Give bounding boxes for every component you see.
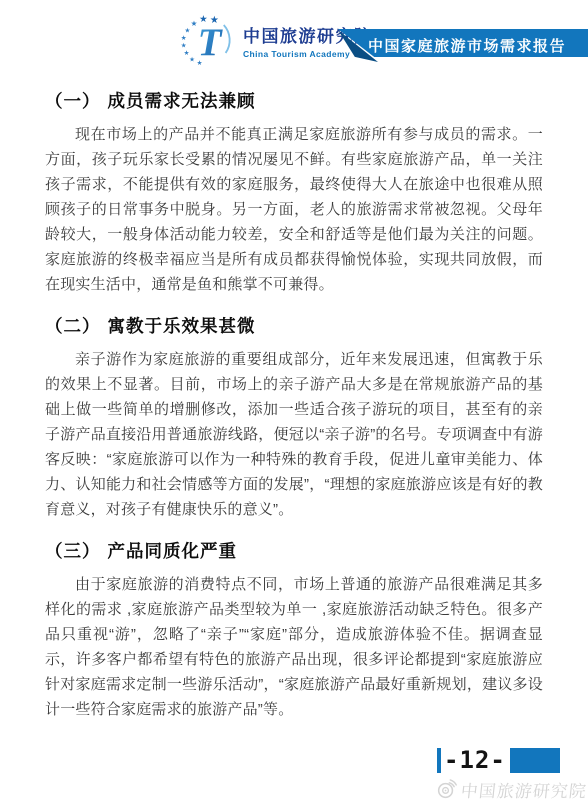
section-2-number: （二） xyxy=(45,316,101,336)
section-3-number: （三） xyxy=(45,541,101,561)
svg-text:★: ★ xyxy=(185,26,191,34)
section-3-body: 由于家庭旅游的消费特点不同，市场上普通的旅游产品很难满足其多样化的需求 ,家庭旅… xyxy=(45,572,543,722)
section-1-heading: （一）成员需求无法兼顾 xyxy=(45,90,543,112)
section-2-title: 寓教于乐效果甚微 xyxy=(108,316,256,336)
section-3: （三）产品同质化严重 由于家庭旅游的消费特点不同，市场上普通的旅游产品很难满足其… xyxy=(45,540,543,722)
section-2-body: 亲子游作为家庭旅游的重要组成部分，近年来发展迅速，但寓教于乐的效果上不显著。目前… xyxy=(45,347,543,522)
report-page: ★ ★ ★ ★ ★ ★ ★ ★ ★ T 中国旅游研究院 China Touris… xyxy=(0,0,588,804)
weibo-watermark: 中国旅游研究院 xyxy=(436,777,587,802)
section-1-body: 现在市场上的产品并不能真正满足家庭旅游所有参与成员的需求。一方面，孩子玩乐家长受… xyxy=(45,122,543,297)
weibo-icon xyxy=(436,779,457,800)
section-3-title: 产品同质化严重 xyxy=(108,541,238,561)
page-content: （一）成员需求无法兼顾 现在市场上的产品并不能真正满足家庭旅游所有参与成员的需求… xyxy=(45,90,543,722)
svg-text:★: ★ xyxy=(181,41,187,49)
page-number: -12- xyxy=(444,748,506,773)
logo-letter: T xyxy=(198,21,224,64)
page-number-widget: -12- xyxy=(437,748,560,773)
watermark-text: 中国旅游研究院 xyxy=(460,777,588,802)
svg-text:★: ★ xyxy=(189,55,195,63)
svg-text:★: ★ xyxy=(181,34,187,42)
page-number-block xyxy=(510,748,560,773)
section-2: （二）寓教于乐效果甚微 亲子游作为家庭旅游的重要组成部分，近年来发展迅速，但寓教… xyxy=(45,315,543,522)
section-1: （一）成员需求无法兼顾 现在市场上的产品并不能真正满足家庭旅游所有参与成员的需求… xyxy=(45,90,543,297)
academy-logo-group: ★ ★ ★ ★ ★ ★ ★ ★ ★ T 中国旅游研究院 China Touris… xyxy=(176,12,373,66)
academy-logo-icon: ★ ★ ★ ★ ★ ★ ★ ★ ★ T xyxy=(176,12,238,66)
section-1-number: （一） xyxy=(45,91,101,111)
report-title: 中国家庭旅游市场需求报告 xyxy=(362,35,572,56)
page-number-bar xyxy=(437,748,441,773)
section-1-title: 成员需求无法兼顾 xyxy=(108,91,256,111)
section-3-heading: （三）产品同质化严重 xyxy=(45,540,543,562)
svg-text:★: ★ xyxy=(191,19,198,28)
section-2-heading: （二）寓教于乐效果甚微 xyxy=(45,315,543,337)
